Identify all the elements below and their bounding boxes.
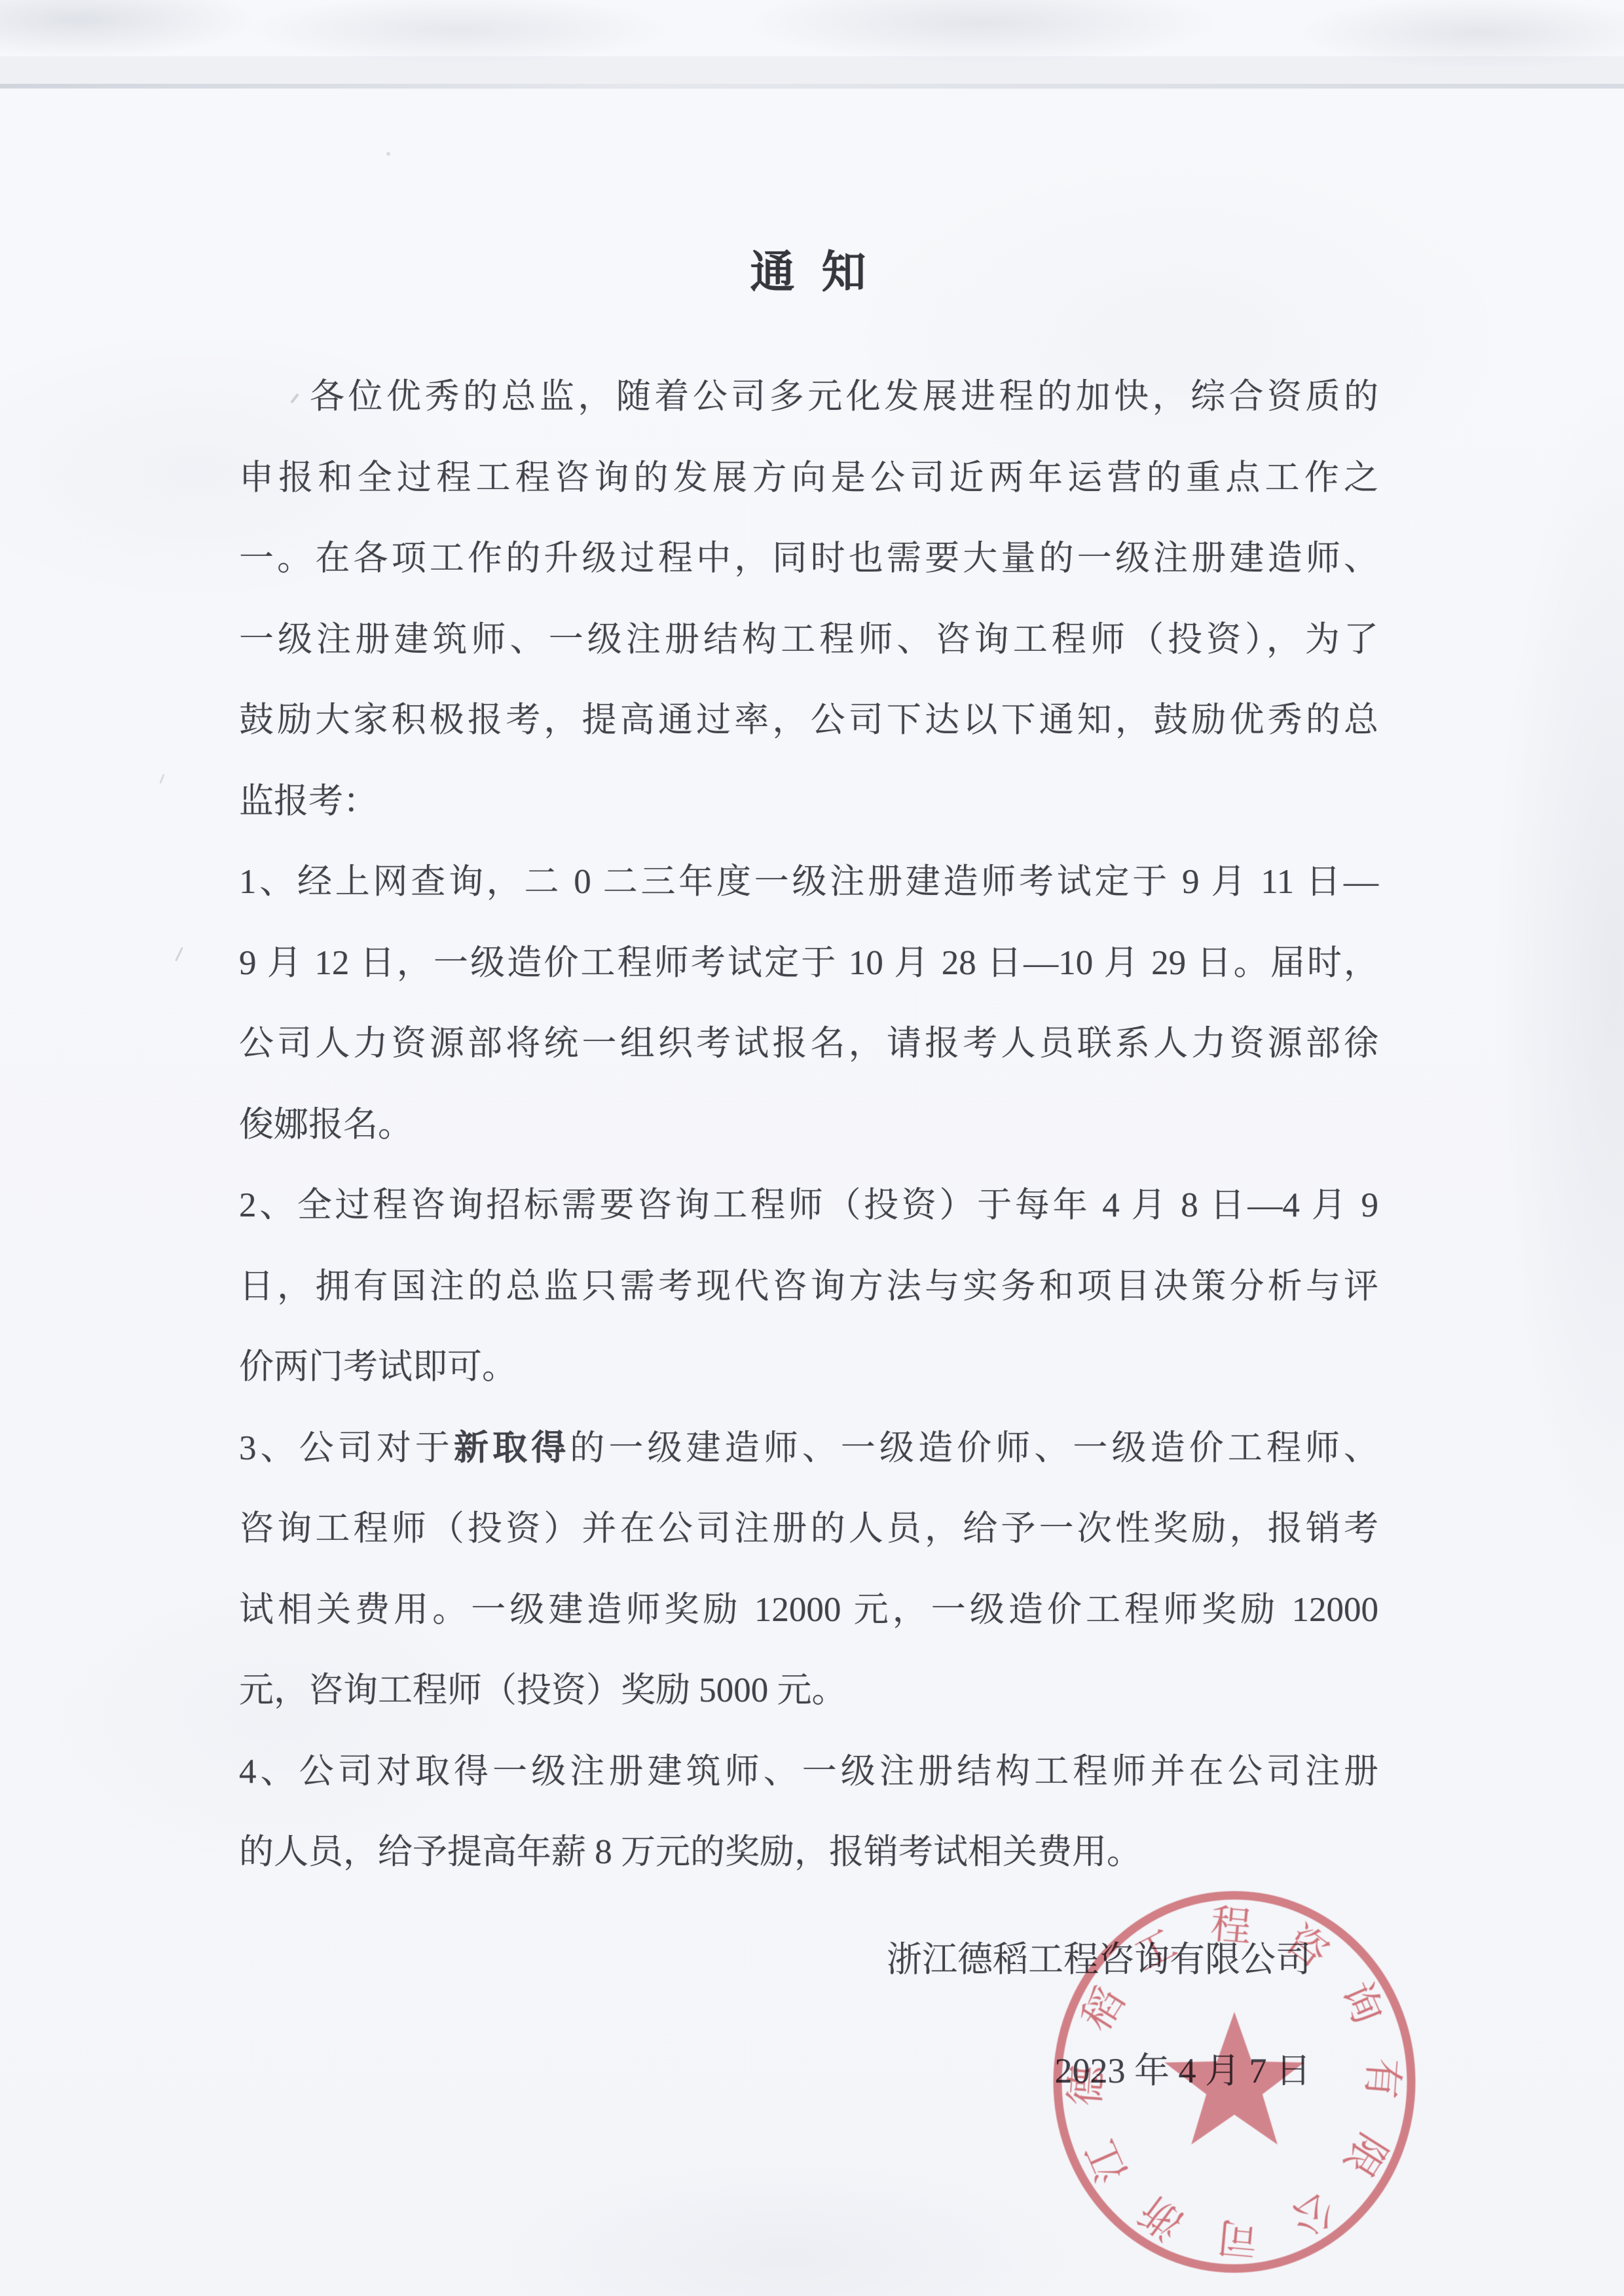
scanned-notice-page: 通 知 各位优秀的总监，随着公司多元化发展进程的加快，综合资质的 申报和全过程工… — [0, 0, 1624, 2296]
notice-line: 申报和全过程工程咨询的发展方向是公司近两年运营的重点工作之 — [239, 438, 1378, 519]
notice-line-segment: 的一级建造师、一级造价师、一级造价工程师、 — [570, 1429, 1378, 1467]
notice-line: 公司人力资源部将统一组织考试报名，请报考人员联系人力资源部徐 — [239, 1004, 1378, 1085]
seal-star-icon — [1165, 2012, 1304, 2145]
notice-line: 鼓励大家积极报考，提高通过率，公司下达以下通知，鼓励优秀的总 — [239, 680, 1378, 761]
notice-line: 2、全过程咨询招标需要咨询工程师（投资）于每年 4 月 8 日—4 月 9 — [239, 1165, 1378, 1247]
notice-line-segment: 3、公司对于 — [239, 1429, 454, 1467]
notice-line: 9 月 12 日，一级造价工程师考试定于 10 月 28 日—10 月 29 日… — [239, 923, 1378, 1004]
notice-line-segment-bold: 新取得 — [454, 1429, 570, 1467]
notice-line: 1、经上网查询，二 0 二三年度一级注册建造师考试定于 9 月 11 日— — [239, 842, 1378, 923]
scan-artifact — [0, 84, 1624, 88]
notice-line: 价两门考试即可。 — [239, 1327, 1378, 1408]
notice-line: 俊娜报名。 — [239, 1085, 1378, 1166]
scan-artifact — [175, 947, 183, 962]
notice-line: 各位优秀的总监，随着公司多元化发展进程的加快，综合资质的 — [310, 357, 1378, 438]
company-seal-stamp: 浙江德稻工程咨询有限公司 — [1031, 1869, 1437, 2295]
notice-line: 一。在各项工作的升级过程中，同时也需要大量的一级注册建造师、 — [239, 519, 1378, 600]
notice-line: 4、公司对取得一级注册建筑师、一级注册结构工程师并在公司注册 — [239, 1732, 1378, 1813]
notice-title: 通 知 — [0, 237, 1624, 301]
notice-line: 日，拥有国注的总监只需考现代咨询方法与实务和项目决策分析与评 — [239, 1247, 1378, 1328]
notice-line: 元，咨询工程师（投资）奖励 5000 元。 — [239, 1650, 1378, 1732]
notice-line: 咨询工程师（投资）并在公司注册的人员，给予一次性奖励，报销考 — [239, 1489, 1378, 1570]
scan-artifact — [159, 774, 164, 784]
notice-body: 各位优秀的总监，随着公司多元化发展进程的加快，综合资质的 申报和全过程工程咨询的… — [239, 357, 1378, 1893]
notice-line: 一级注册建筑师、一级注册结构工程师、咨询工程师（投资），为了 — [239, 600, 1378, 681]
scan-artifact — [386, 152, 390, 156]
notice-line: 试相关费用。一级建造师奖励 12000 元，一级造价工程师奖励 12000 — [239, 1570, 1378, 1651]
notice-line: 3、公司对于新取得的一级建造师、一级造价师、一级造价工程师、 — [239, 1408, 1378, 1489]
notice-line: 监报考： — [239, 761, 1378, 843]
